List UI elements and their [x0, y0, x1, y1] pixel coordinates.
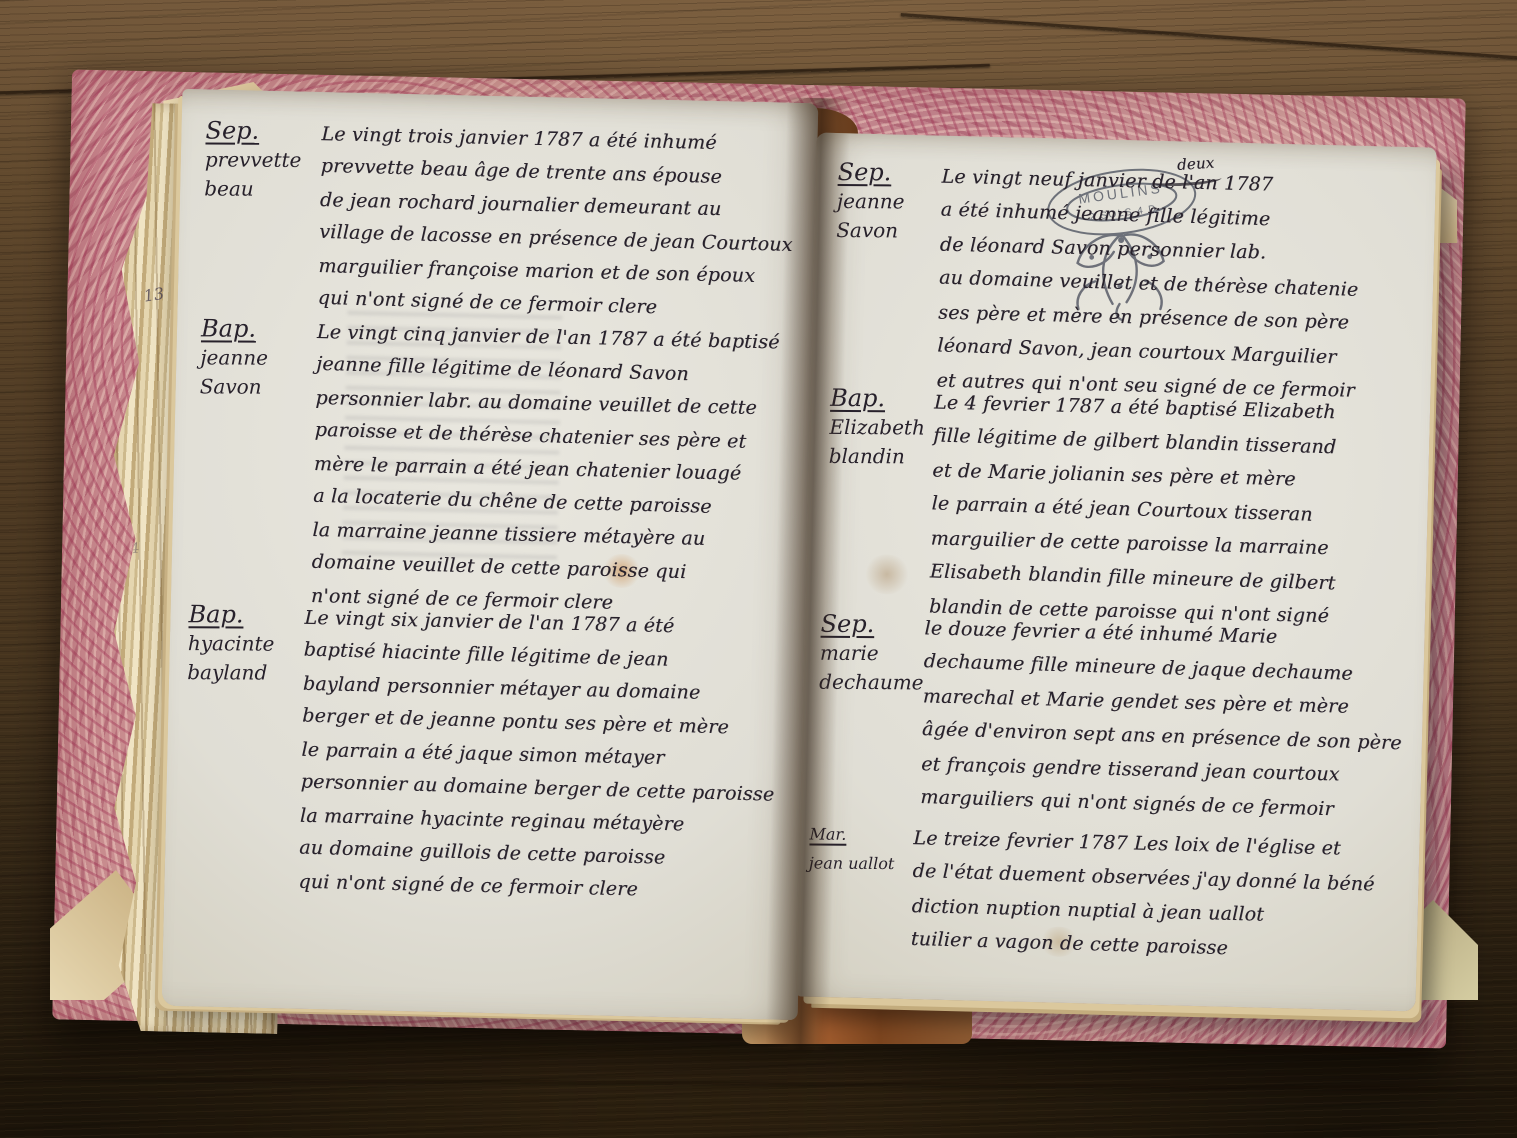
entry-body: Le treize fevrier 1787 Les loix de l'égl…	[911, 821, 1376, 968]
margin-name-line: dechaume	[819, 668, 923, 698]
entry-margin: Bap. Elizabeth blandin	[825, 383, 935, 623]
interlinear-correction: deux	[1176, 146, 1215, 182]
margin-name-line: Elizabeth	[829, 413, 933, 443]
margin-name-line: hyacinte	[188, 629, 304, 659]
entry-type-label: Sep.	[821, 610, 925, 640]
entry-margin: Sep. marie dechaume	[816, 609, 925, 815]
manuscript-photo-scene: 13 4 Sep. prevvette beau Le vingt trois …	[0, 0, 1517, 1138]
right-manuscript-page: MOULINS 2 SOLS 4 D Sep. jeanne Sav	[796, 133, 1437, 1012]
margin-name-line: jeanne	[837, 187, 941, 217]
margin-name-line: bayland	[187, 658, 303, 688]
margin-name-line: beau	[204, 174, 320, 204]
entry-margin: Bap. hyacinte bayland	[182, 599, 305, 899]
register-entry-marriage-jean-uallot: Mar. jean uallot Le treize fevrier 1787 …	[807, 819, 1376, 969]
entry-margin: Sep. jeanne Savon	[832, 157, 942, 397]
margin-name-line: jeanne	[200, 343, 316, 373]
folio-number: 13	[142, 284, 165, 306]
register-entry-baptism-elizabeth-blandin: Bap. Elizabeth blandin Le 4 fevrier 1787…	[825, 383, 1340, 633]
entry-body: Le vingt cinq janvier de l'an 1787 a été…	[311, 316, 780, 623]
entry-body: Le vingt trois janvier 1787 a été inhumé…	[317, 118, 795, 327]
entry-type-label: Sep.	[838, 158, 942, 188]
entry-type-label: Bap.	[201, 314, 317, 344]
entry-type-label: Mar.	[809, 819, 913, 849]
margin-name-line: blandin	[829, 442, 933, 472]
entry-body: le douze fevrier a été inhumé Marie dech…	[920, 611, 1405, 827]
margin-name-line: Savon	[200, 372, 316, 402]
entry-body: Le vingt neuf janvier de l'an 1787 deux …	[936, 160, 1361, 408]
entry-body: Le vingt six janvier de l'an 1787 a été …	[298, 602, 778, 910]
register-entry-baptism-jeanne-savon: Bap. jeanne Savon Le vingt cinq janvier …	[195, 313, 780, 623]
register-entry-burial-prevvette-beau: Sep. prevvette beau Le vingt trois janvi…	[201, 115, 795, 326]
entry-type-label: Bap.	[830, 384, 934, 414]
entry-margin: Bap. jeanne Savon	[195, 313, 318, 613]
margin-name-line: marie	[820, 639, 924, 669]
margin-name-line: prevvette	[205, 145, 321, 175]
entry-margin: Sep. prevvette beau	[201, 115, 321, 316]
margin-name-line: Savon	[836, 216, 940, 246]
margin-name-line: jean uallot	[809, 848, 913, 878]
entry-type-label: Sep.	[205, 116, 321, 146]
register-entry-burial-marie-dechaume: Sep. marie dechaume le douze fevrier a é…	[816, 609, 1405, 827]
entry-body: Le 4 fevrier 1787 a été baptisé Elizabet…	[929, 386, 1340, 634]
entry-type-label: Bap.	[188, 600, 304, 630]
register-entry-burial-jeanne-savon: Sep. jeanne Savon Le vingt neuf janvier …	[832, 157, 1361, 408]
left-manuscript-page: Sep. prevvette beau Le vingt trois janvi…	[162, 89, 819, 1020]
register-entry-baptism-hyacinte-bayland: Bap. hyacinte bayland Le vingt six janvi…	[182, 599, 778, 909]
entry-margin: Mar. jean uallot	[807, 819, 914, 958]
